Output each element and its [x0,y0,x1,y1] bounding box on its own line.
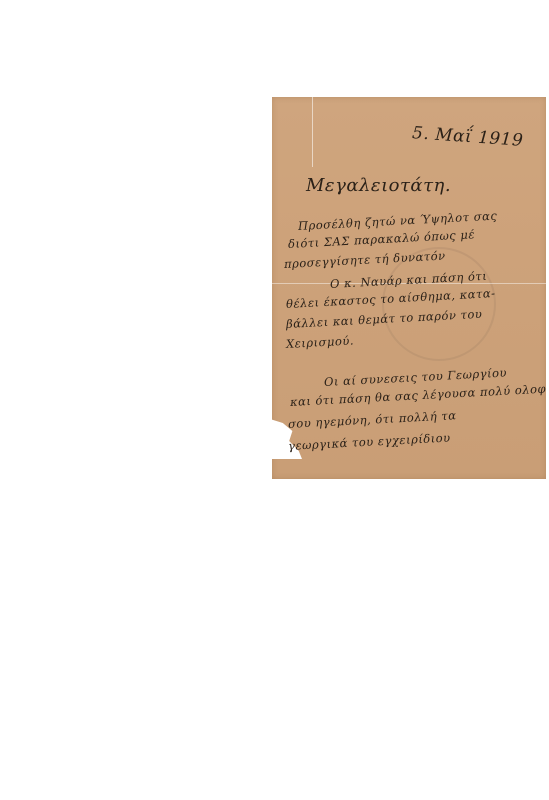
paper-crease [312,97,313,167]
letter-line: Χειρισμού. [286,333,355,351]
letter-line: γεωργικά του εγχειρίδιου [288,430,451,453]
letter-page: 5. Μαΐ 1919 Μεγαλειοτάτη. Προσέλθη ζητώ … [272,97,546,479]
letter-salutation: Μεγαλειοτάτη. [306,175,451,196]
letter-line: σου ηγεμόνη, ότι πολλή τα [288,408,457,431]
letter-date: 5. Μαΐ 1919 [411,123,523,151]
